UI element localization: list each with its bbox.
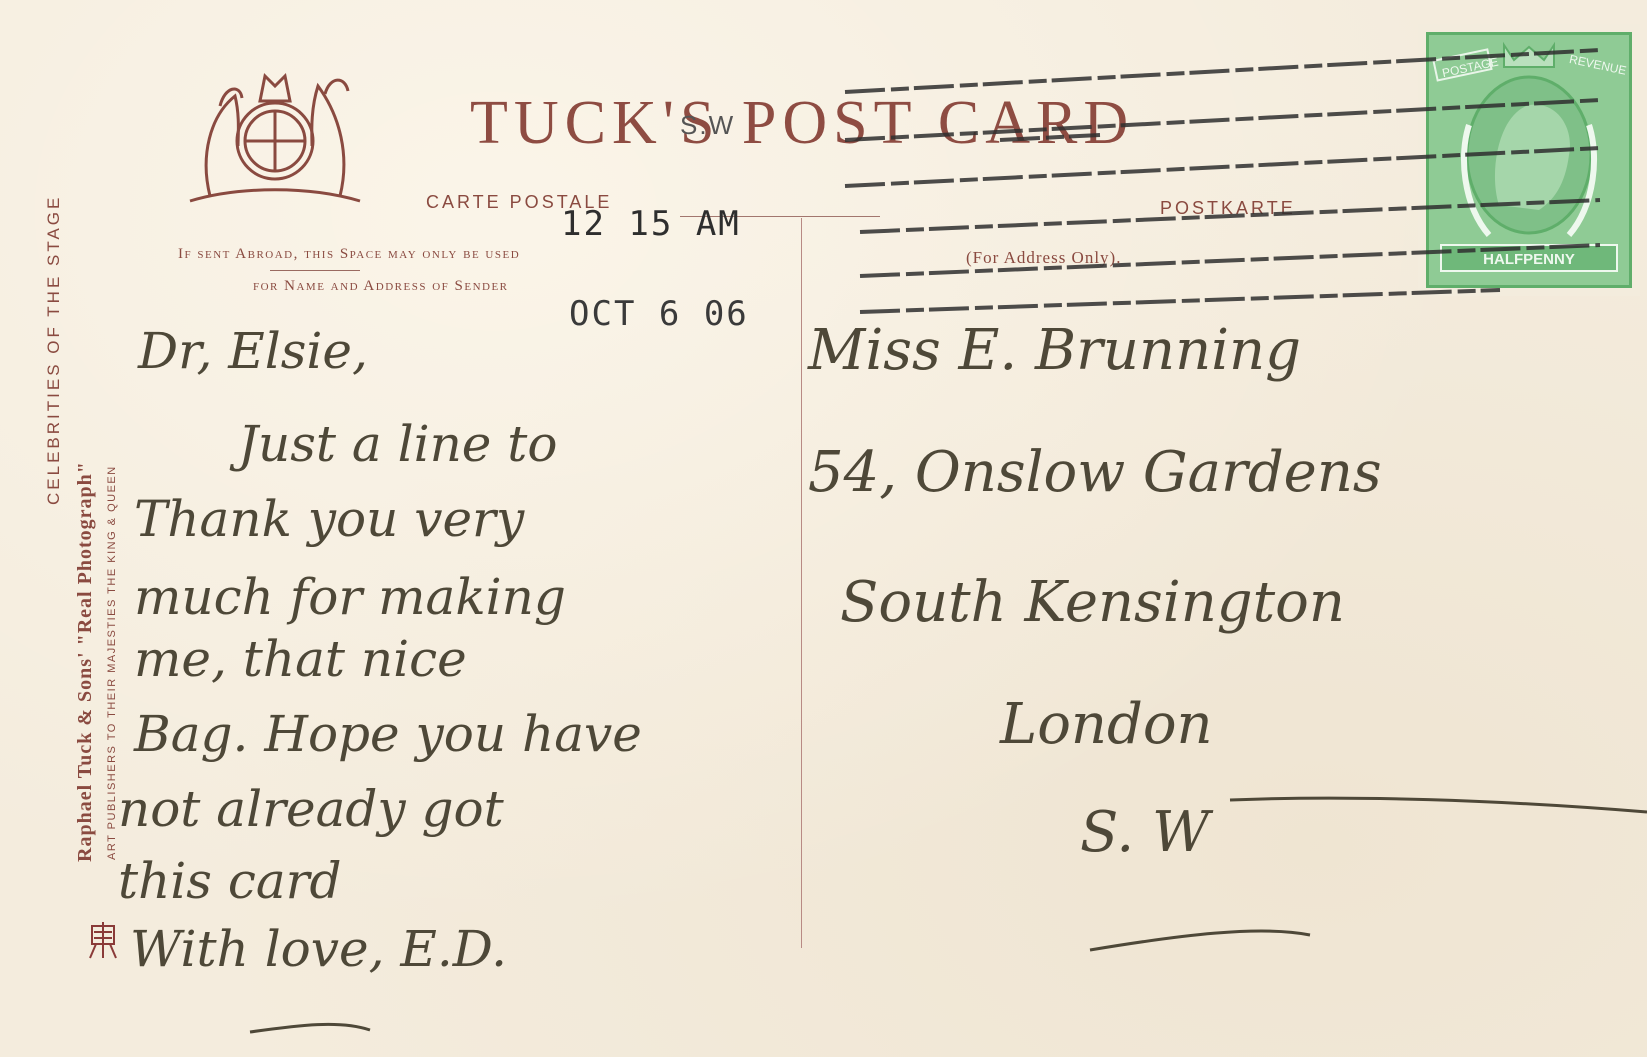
postcard-back: TUCK'S POST CARD CARTE POSTALE POSTKARTE…: [0, 0, 1647, 1057]
handwriting-underlines: [0, 0, 1647, 1057]
